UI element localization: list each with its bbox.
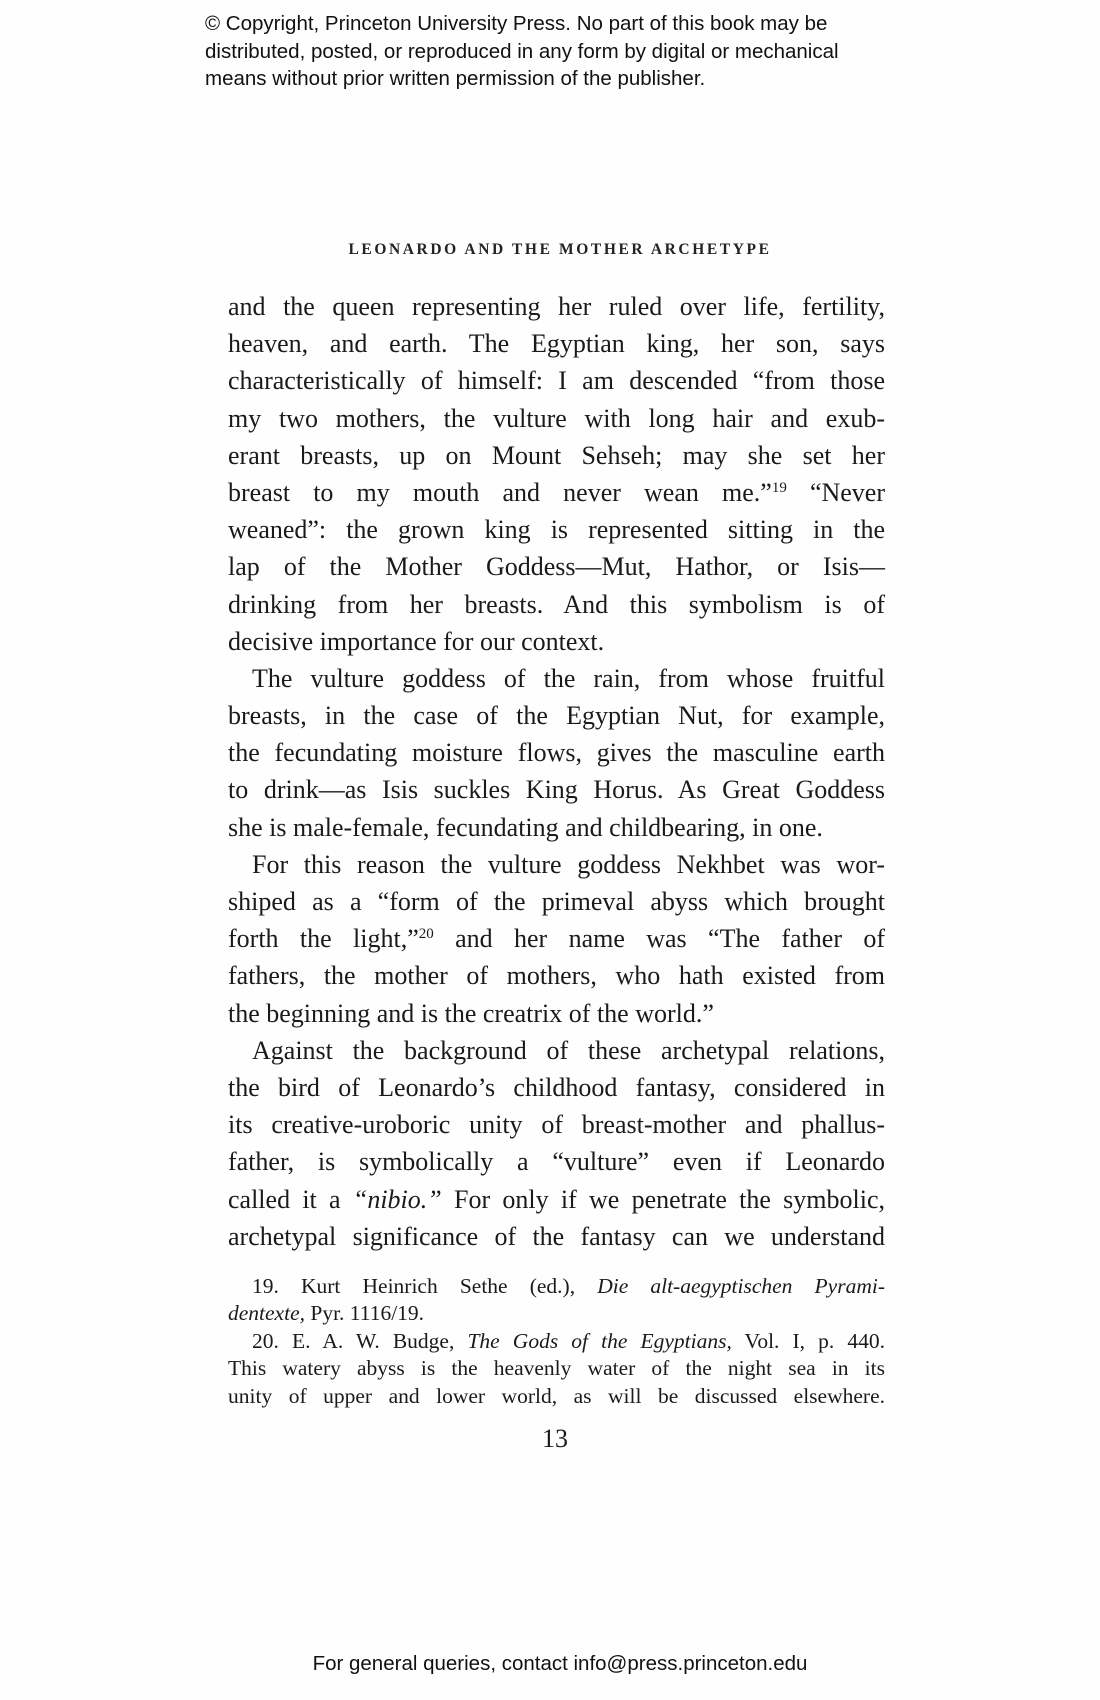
copyright-line: © Copyright, Princeton University Press.… [205, 10, 905, 38]
body-text: and the queen representing her ruled ove… [228, 288, 885, 1255]
copyright-notice: © Copyright, Princeton University Press.… [205, 10, 905, 93]
body-line: father, is symbolically a “vulture” even… [228, 1143, 885, 1180]
body-line: erant breasts, up on Mount Sehseh; may s… [228, 437, 885, 474]
footnote-text: unity of upper and lower world, as will … [228, 1384, 885, 1408]
body-line: the bird of Leonardo’s childhood fantasy… [228, 1069, 885, 1106]
body-line: breast to my mouth and never wean me.”19… [228, 474, 885, 511]
footnote-text: This watery abyss is the heavenly water … [228, 1356, 885, 1380]
body-line: the beginning and is the creatrix of the… [228, 995, 885, 1032]
citation-title: The Gods of the Egyptians, [467, 1329, 731, 1353]
body-line-text: “Never [787, 478, 885, 507]
footnote-line: 19. Kurt Heinrich Sethe (ed.), Die alt-a… [228, 1273, 885, 1300]
body-line: archetypal significance of the fantasy c… [228, 1218, 885, 1255]
body-line-text: breast to my mouth and never wean me.” [228, 478, 772, 507]
body-line: heaven, and earth. The Egyptian king, he… [228, 325, 885, 362]
body-line-text: called it a [228, 1185, 353, 1214]
footnote-line: unity of upper and lower world, as will … [228, 1383, 885, 1410]
body-line: characteristically of himself: I am desc… [228, 362, 885, 399]
footnote-text: 20. E. A. W. Budge, [252, 1329, 467, 1353]
body-line: she is male-female, fecundating and chil… [228, 809, 885, 846]
body-line: breasts, in the case of the Egyptian Nut… [228, 697, 885, 734]
body-line: to drink—as Isis suckles King Horus. As … [228, 771, 885, 808]
body-line: the fecundating moisture flows, gives th… [228, 734, 885, 771]
body-line: forth the light,”20 and her name was “Th… [228, 920, 885, 957]
footnote-line: dentexte, Pyr. 1116/19. [228, 1300, 885, 1327]
body-line-text: For only if we penetrate the symbolic, [442, 1185, 885, 1214]
footnote-line: 20. E. A. W. Budge, The Gods of the Egyp… [228, 1328, 885, 1355]
footnote-text: Pyr. 1116/19. [305, 1301, 424, 1325]
page-number: 13 [0, 1424, 1100, 1454]
footnote-20: 20. E. A. W. Budge, The Gods of the Egyp… [228, 1328, 885, 1410]
body-line: The vulture goddess of the rain, from wh… [228, 660, 885, 697]
body-line: called it a “nibio.” For only if we pene… [228, 1181, 885, 1218]
body-line: and the queen representing her ruled ove… [228, 288, 885, 325]
citation-title: Die alt-aegyptischen Pyrami- [597, 1274, 885, 1298]
body-line: shiped as a “form of the primeval abyss … [228, 883, 885, 920]
footnotes: 19. Kurt Heinrich Sethe (ed.), Die alt-a… [228, 1273, 885, 1410]
footnote-line: This watery abyss is the heavenly water … [228, 1355, 885, 1382]
running-head: LEONARDO AND THE MOTHER ARCHETYPE [0, 241, 1100, 259]
body-line: its creative-uroboric unity of breast-mo… [228, 1106, 885, 1143]
body-line: For this reason the vulture goddess Nekh… [228, 846, 885, 883]
footer-contact: For general queries, contact info@press.… [0, 1652, 1100, 1676]
body-line-text: forth the light,” [228, 924, 419, 953]
body-line-text: and her name was “The father of [434, 924, 885, 953]
body-line: lap of the Mother Goddess—Mut, Hathor, o… [228, 548, 885, 585]
body-line: decisive importance for our context. [228, 623, 885, 660]
footnote-19: 19. Kurt Heinrich Sethe (ed.), Die alt-a… [228, 1273, 885, 1328]
body-line: fathers, the mother of mothers, who hath… [228, 957, 885, 994]
copyright-line: distributed, posted, or reproduced in an… [205, 38, 905, 66]
body-line: my two mothers, the vulture with long ha… [228, 400, 885, 437]
body-line: drinking from her breasts. And this symb… [228, 586, 885, 623]
body-line: Against the background of these archetyp… [228, 1032, 885, 1069]
body-line: weaned”: the grown king is represented s… [228, 511, 885, 548]
citation-title: dentexte, [228, 1301, 305, 1325]
footnote-reference[interactable]: 20 [419, 926, 434, 942]
footnote-text: 19. Kurt Heinrich Sethe (ed.), [252, 1274, 597, 1298]
footnote-reference[interactable]: 19 [772, 480, 787, 496]
footnote-text: Vol. I, p. 440. [732, 1329, 885, 1353]
copyright-line: means without prior written permission o… [205, 65, 905, 93]
italic-term: “nibio.” [353, 1185, 442, 1214]
